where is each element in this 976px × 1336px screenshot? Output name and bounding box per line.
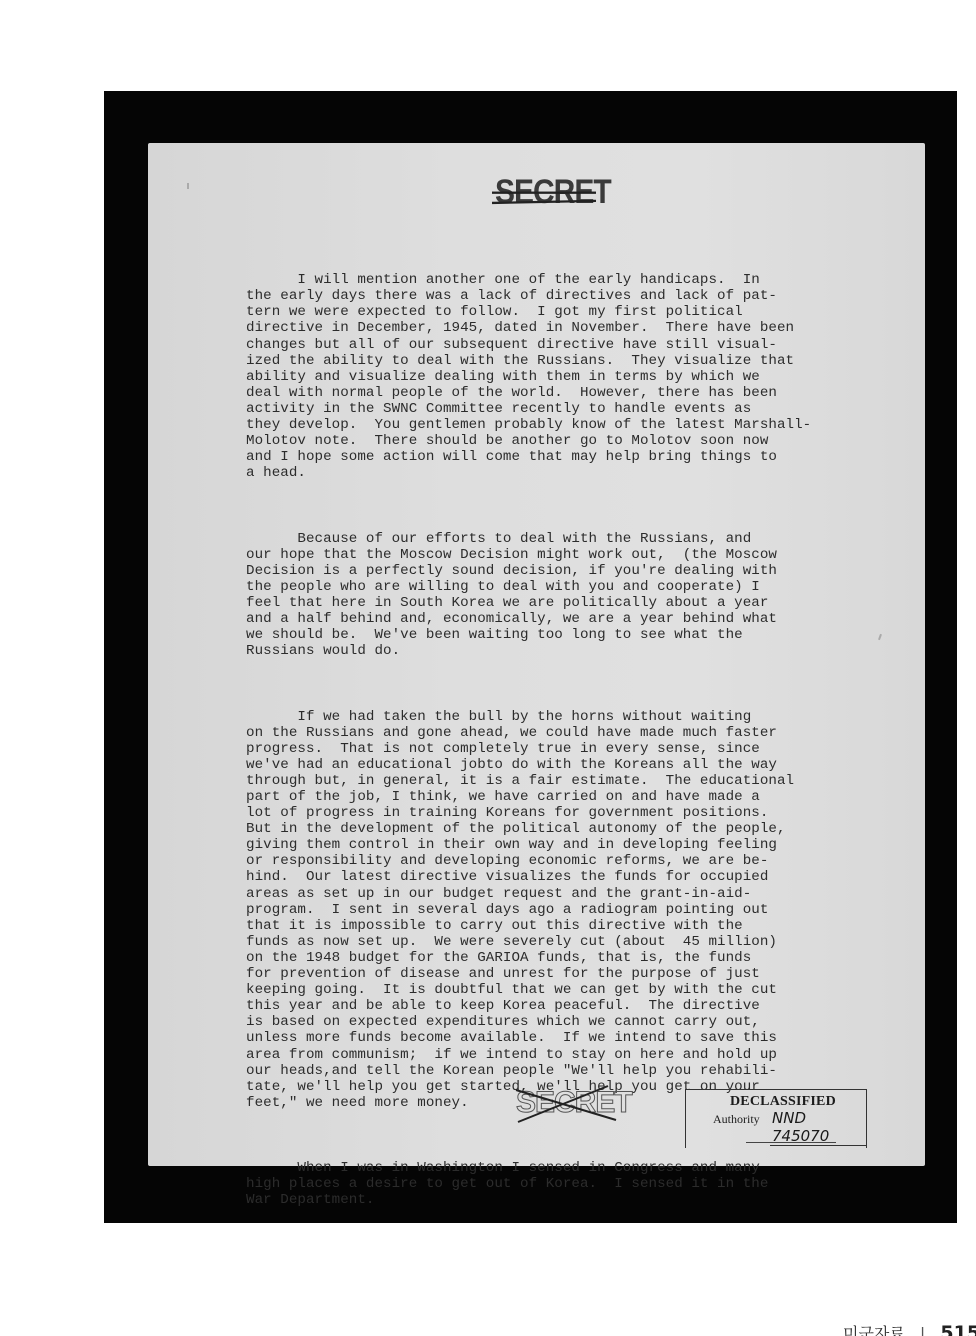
- text-line: Molotov note. There should be another go…: [246, 433, 906, 449]
- text-line: on the Russians and gone ahead, we could…: [246, 725, 906, 741]
- text-line: our heads,and tell the Korean people "We…: [246, 1063, 906, 1079]
- text-line: Decision is a perfectly sound decision, …: [246, 563, 906, 579]
- text-line: progress. That is not completely true in…: [246, 741, 906, 757]
- text-line: ized the ability to deal with the Russia…: [246, 353, 906, 369]
- text-line: tern we were expected to follow. I got m…: [246, 304, 906, 320]
- secret-stamp-top: SECRET: [495, 172, 595, 218]
- text-line: I will mention another one of the early …: [246, 272, 906, 288]
- text-line: the early days there was a lack of direc…: [246, 288, 906, 304]
- page-number: 515: [940, 1322, 976, 1336]
- text-line: keeping going. It is doubtful that we ca…: [246, 982, 906, 998]
- text-line: War Department.: [246, 1192, 906, 1208]
- text-line: the people who are willing to deal with …: [246, 579, 906, 595]
- text-line: feel that here in South Korea we are pol…: [246, 595, 906, 611]
- section-title: 미군자료: [843, 1324, 905, 1336]
- paragraph: I will mention another one of the early …: [246, 272, 906, 481]
- text-line: program. I sent in several days ago a ra…: [246, 902, 906, 918]
- text-line: they develop. You gentlemen probably kno…: [246, 417, 906, 433]
- paragraph: Because of our efforts to deal with the …: [246, 531, 906, 660]
- declassified-stamp: DECLASSIFIED Authority NND 745070: [685, 1089, 867, 1148]
- text-line: ability and visualize dealing with them …: [246, 369, 906, 385]
- text-line: If we had taken the bull by the horns wi…: [246, 709, 906, 725]
- text-line: our hope that the Moscow Decision might …: [246, 547, 906, 563]
- paragraph: When I was in Washington I sensed in Con…: [246, 1160, 906, 1208]
- secret-stamp-bottom: SECRET: [516, 1086, 608, 1120]
- text-line: is based on expected expenditures which …: [246, 1014, 906, 1030]
- authority-label: Authority: [713, 1112, 760, 1127]
- text-line: lot of progress in training Koreans for …: [246, 805, 906, 821]
- text-line: deal with normal people of the world. Ho…: [246, 385, 906, 401]
- text-line: When I was in Washington I sensed in Con…: [246, 1160, 906, 1176]
- text-line: we've had an educational jobto do with t…: [246, 757, 906, 773]
- text-line: and a half behind and, economically, we …: [246, 611, 906, 627]
- text-line: areas as set up in our budget request an…: [246, 886, 906, 902]
- stamp-underline: [746, 1142, 836, 1143]
- page-footer: 미군자료 | 515: [843, 1321, 976, 1336]
- declassified-title: DECLASSIFIED: [730, 1094, 836, 1110]
- text-line: part of the job, I think, we have carrie…: [246, 789, 906, 805]
- text-line: we should be. We've been waiting too lon…: [246, 627, 906, 643]
- text-line: hind. Our latest directive visualizes th…: [246, 869, 906, 885]
- cross-out-icon: [512, 1082, 622, 1126]
- text-line: unless more funds become available. If w…: [246, 1030, 906, 1046]
- text-line: a head.: [246, 465, 906, 481]
- strike-line: [492, 192, 596, 194]
- text-line: But in the development of the political …: [246, 821, 906, 837]
- text-line: funds as now set up. We were severely cu…: [246, 934, 906, 950]
- text-line: directive in December, 1945, dated in No…: [246, 320, 906, 336]
- text-line: through but, in general, it is a fair es…: [246, 773, 906, 789]
- footer-separator: |: [920, 1324, 925, 1336]
- text-line: activity in the SWNC Committee recently …: [246, 401, 906, 417]
- text-line: Because of our efforts to deal with the …: [246, 531, 906, 547]
- text-line: area from communism; if we intend to sta…: [246, 1047, 906, 1063]
- text-line: changes but all of our subsequent direct…: [246, 337, 906, 353]
- text-line: that it is impossible to carry out this …: [246, 918, 906, 934]
- text-line: this year and be able to keep Korea peac…: [246, 998, 906, 1014]
- text-line: or responsibility and developing economi…: [246, 853, 906, 869]
- margin-mark: [187, 183, 189, 189]
- text-line: giving them control in their own way and…: [246, 837, 906, 853]
- paragraph: If we had taken the bull by the horns wi…: [246, 709, 906, 1111]
- text-line: on the 1948 budget for the GARIOA funds,…: [246, 950, 906, 966]
- text-line: for prevention of disease and unrest for…: [246, 966, 906, 982]
- text-line: and I hope some action will come that ma…: [246, 449, 906, 465]
- text-line: Russians would do.: [246, 643, 906, 659]
- authority-value: NND 745070: [770, 1109, 866, 1146]
- text-line: high places a desire to get out of Korea…: [246, 1176, 906, 1192]
